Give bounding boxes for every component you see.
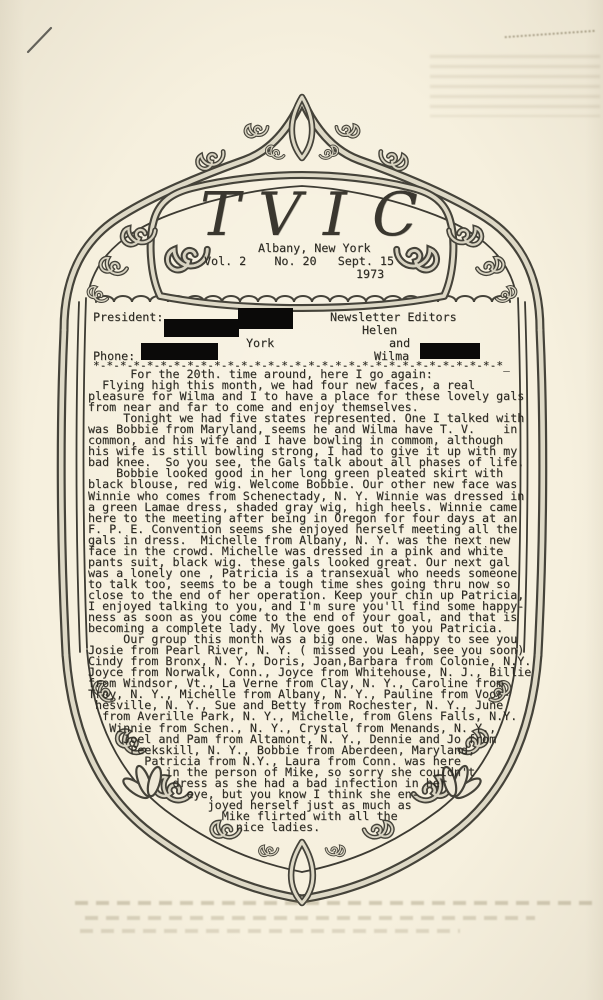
masthead-location: Albany, New York	[258, 242, 371, 254]
masthead-letter-C: C	[372, 184, 418, 246]
masthead-letter-T: T	[200, 184, 240, 246]
pen-mark	[28, 28, 51, 52]
redaction-box-president-2	[164, 319, 239, 337]
redaction-box-president-1	[238, 308, 293, 329]
newsletter-body-text: For the 20th. time around, here I go aga…	[88, 369, 531, 833]
president-label: President:	[93, 311, 163, 323]
masthead-letter-I: I	[323, 184, 347, 246]
masthead-year: 1973	[356, 268, 384, 280]
scanned-newsletter-page: T V I C Albany, New York Vol. 2 No. 20 S…	[0, 0, 603, 1000]
editors-conjunction: and	[389, 337, 410, 349]
redaction-box-phone	[141, 343, 218, 360]
redaction-box-wilma	[420, 343, 480, 359]
editor-name-helen: Helen	[362, 324, 397, 336]
masthead-volume-line: Vol. 2 No. 20 Sept. 15	[204, 255, 394, 267]
address-fragment-york: York	[246, 337, 274, 349]
newsletter-editors-title: Newsletter Editors	[330, 311, 457, 323]
masthead-letter-V: V	[258, 184, 301, 246]
